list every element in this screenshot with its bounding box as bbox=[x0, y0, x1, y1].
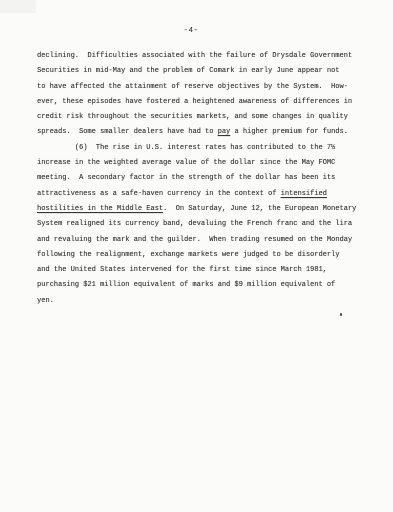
text-line: to have affected the attainment of reser… bbox=[37, 80, 371, 95]
scan-corner-shade bbox=[0, 0, 36, 13]
text-line: (6) The rise in U.S. interest rates has … bbox=[37, 141, 371, 156]
text-segment: declining. Difficulties associated with … bbox=[37, 52, 352, 60]
text-line: yen. bbox=[37, 294, 371, 309]
document-page: -4- declining. Difficulties associated w… bbox=[0, 0, 393, 512]
ink-speck bbox=[340, 313, 342, 316]
text-line: Securities in mid-May and the problem of… bbox=[37, 64, 371, 79]
document-lines: declining. Difficulties associated with … bbox=[37, 49, 371, 309]
text-segment: purchasing $21 million equivalent of mar… bbox=[37, 281, 335, 289]
text-segment: (6) The rise in U.S. interest rates has … bbox=[37, 144, 335, 152]
text-line: declining. Difficulties associated with … bbox=[37, 49, 371, 64]
text-segment: to have affected the attainment of reser… bbox=[37, 83, 348, 91]
underlined-text-segment: intensified bbox=[281, 190, 327, 198]
text-line: meeting. A secondary factor in the stren… bbox=[37, 171, 371, 186]
text-segment: System realigned its currency band, deva… bbox=[37, 220, 352, 228]
text-line: ever, these episodes have fostered a hei… bbox=[37, 95, 371, 110]
text-line: and revaluing the mark and the guilder. … bbox=[37, 233, 371, 248]
text-line: purchasing $21 million equivalent of mar… bbox=[37, 278, 371, 293]
text-segment: . On Saturday, June 12, the European Mon… bbox=[163, 205, 356, 213]
text-segment: increase in the weighted average value o… bbox=[37, 159, 335, 167]
text-segment: Securities in mid-May and the problem of… bbox=[37, 67, 339, 75]
text-segment: and the United States intervened for the… bbox=[37, 266, 327, 274]
text-segment: a higher premium for funds. bbox=[230, 128, 348, 136]
text-line: System realigned its currency band, deva… bbox=[37, 217, 371, 232]
text-line: following the realignment, exchange mark… bbox=[37, 248, 371, 263]
text-line: spreads. Some smaller dealers have had t… bbox=[37, 125, 371, 140]
text-segment: credit risk throughout the securities ma… bbox=[37, 113, 348, 121]
underlined-text-segment: pay bbox=[218, 128, 231, 136]
text-segment: meeting. A secondary factor in the stren… bbox=[37, 174, 335, 182]
text-segment: following the realignment, exchange mark… bbox=[37, 251, 339, 259]
text-line: attractiveness as a safe-haven currency … bbox=[37, 187, 371, 202]
text-line: hostilities in the Middle East. On Satur… bbox=[37, 202, 371, 217]
text-segment: spreads. Some smaller dealers have had t… bbox=[37, 128, 218, 136]
underlined-text-segment: hostilities in the Middle East bbox=[37, 205, 163, 213]
text-line: and the United States intervened for the… bbox=[37, 263, 371, 278]
text-segment: and revaluing the mark and the guilder. … bbox=[37, 236, 352, 244]
text-segment: yen. bbox=[37, 297, 54, 305]
text-segment: ever, these episodes have fostered a hei… bbox=[37, 98, 352, 106]
text-line: credit risk throughout the securities ma… bbox=[37, 110, 371, 125]
text-line: increase in the weighted average value o… bbox=[37, 156, 371, 171]
text-segment: attractiveness as a safe-haven currency … bbox=[37, 190, 281, 198]
page-number: -4- bbox=[0, 27, 382, 35]
